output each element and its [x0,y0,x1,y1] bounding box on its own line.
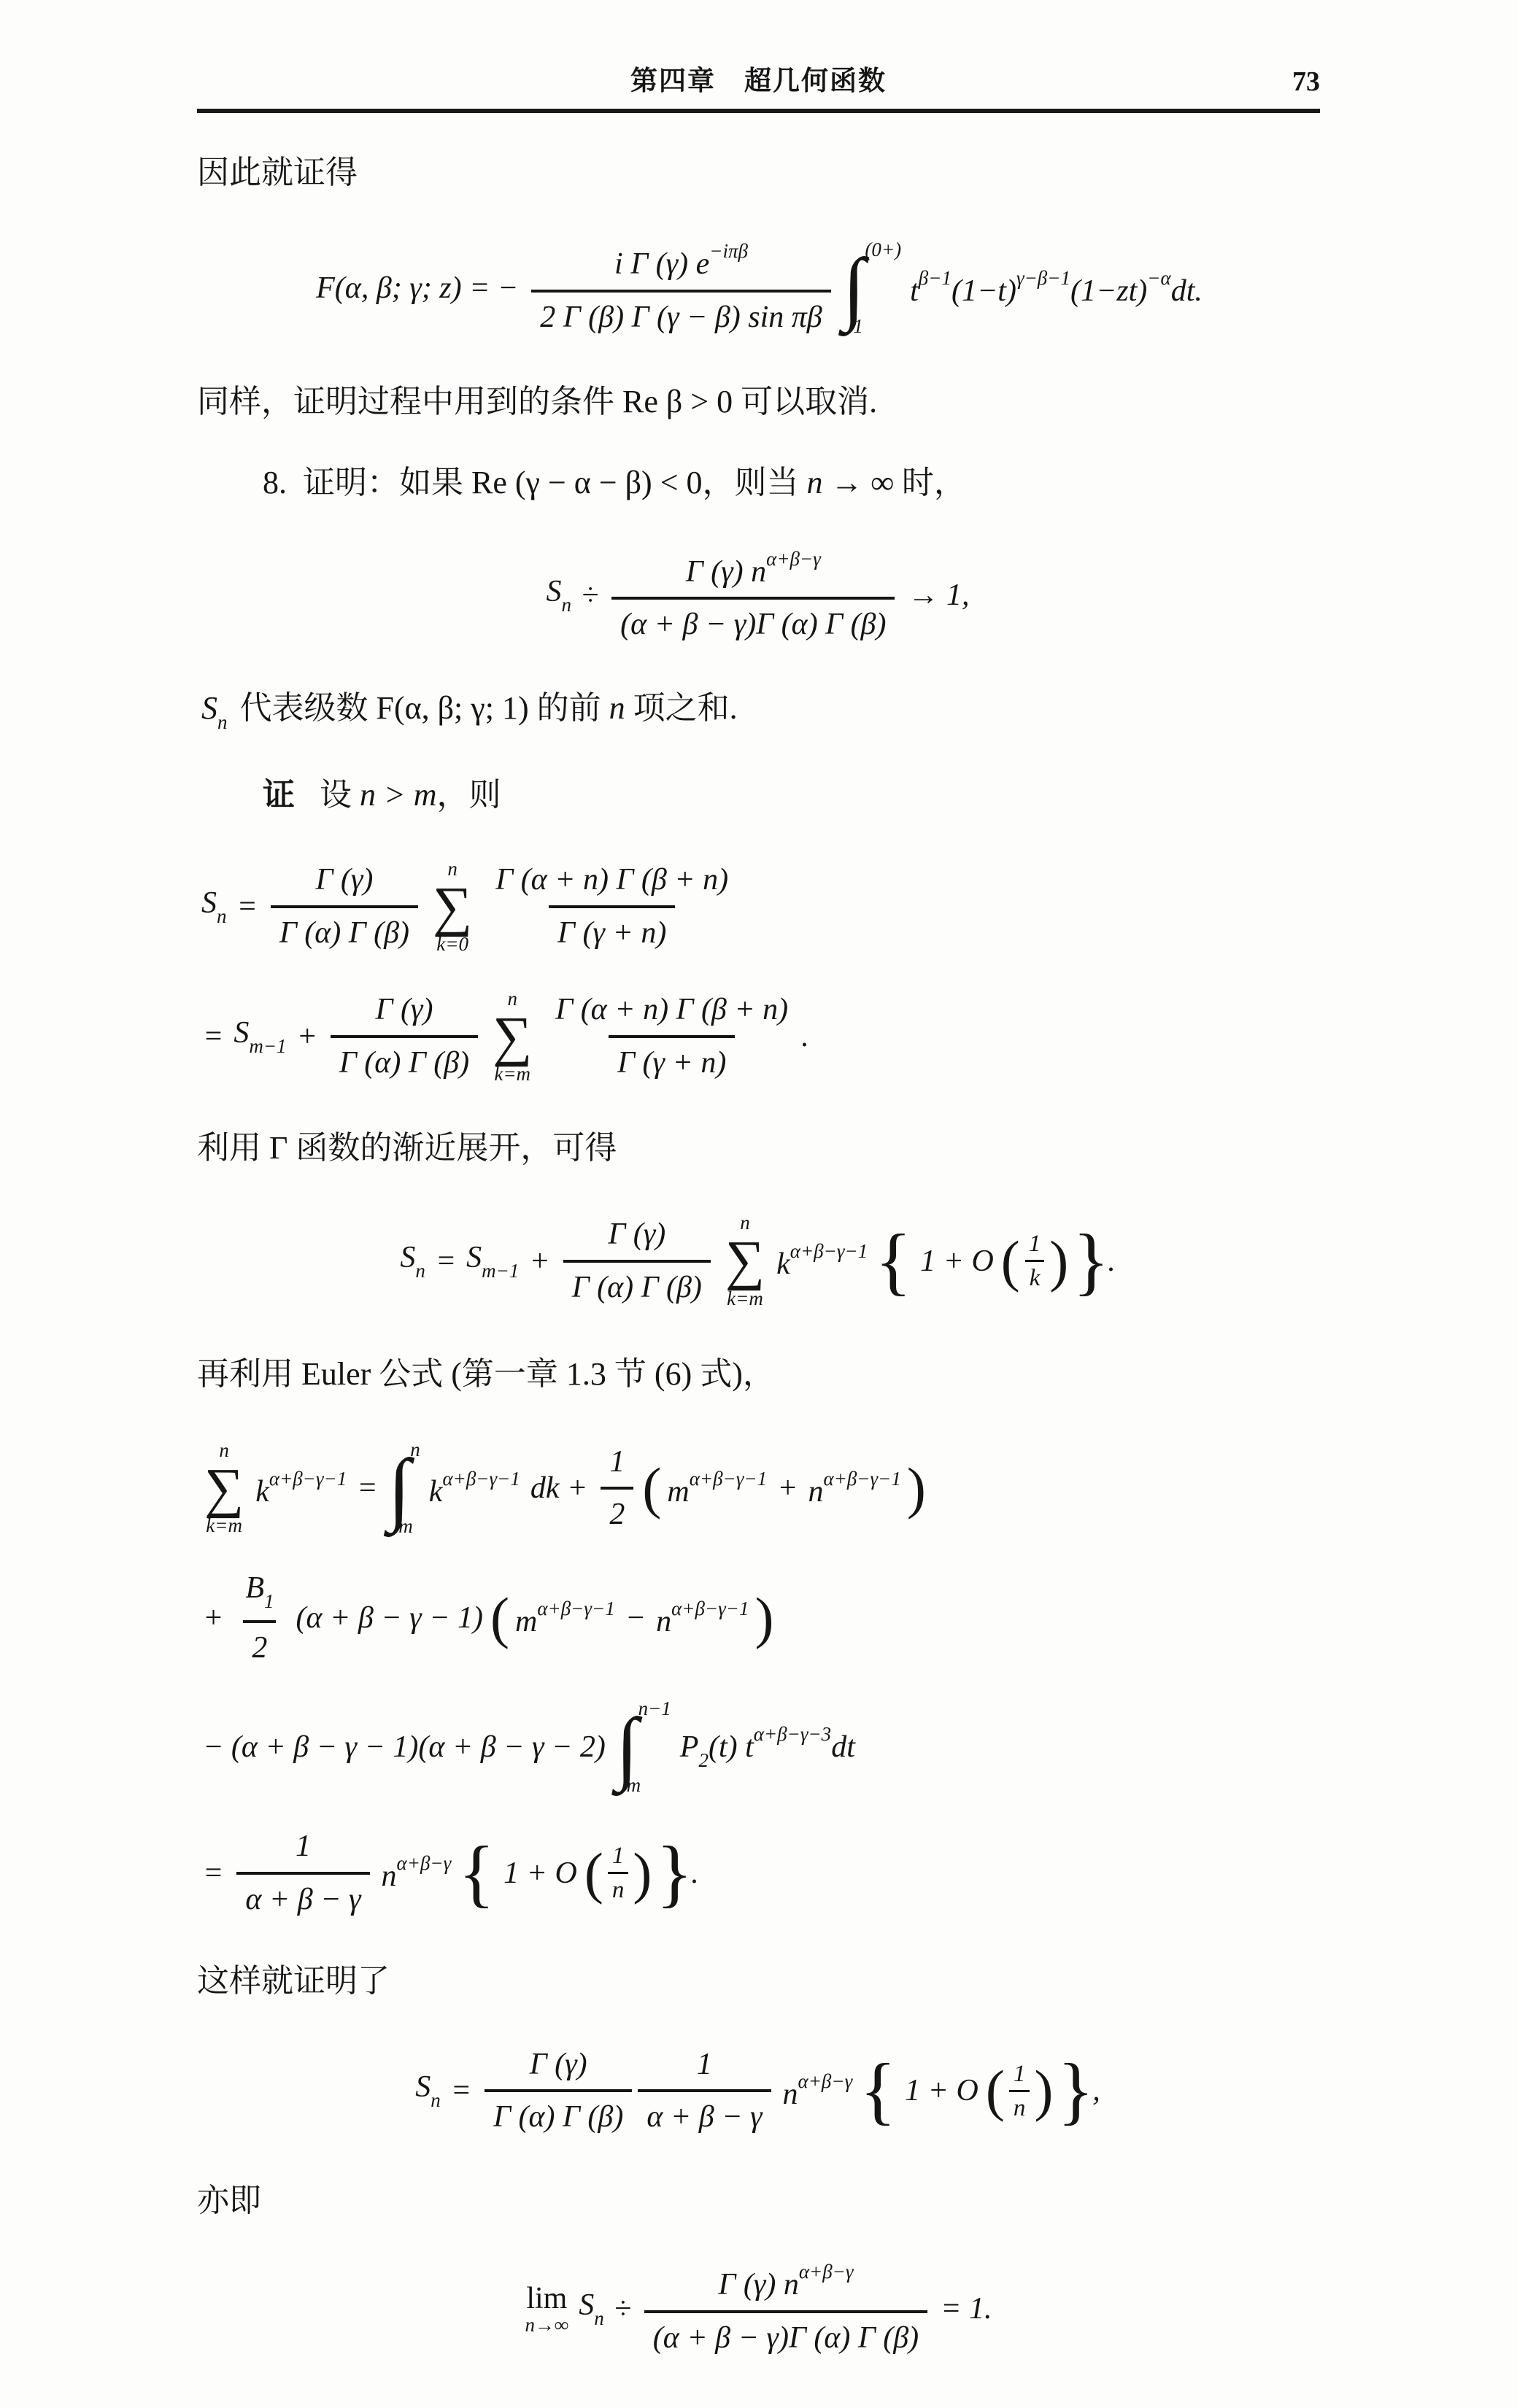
summation-icon: ∑ [204,1462,244,1514]
fraction-numerator: 1 [601,1443,633,1487]
k-power-term: kα+β−γ−1 [776,1240,868,1282]
math-subscript: n [217,711,228,733]
summation-icon: ∑ [725,1234,765,1287]
minus-sign: − [625,1600,646,1635]
fraction-numerator: Γ (γ) [367,991,442,1035]
fraction: Γ (γ) nα+β−γ (α + β − γ)Γ (α) Γ (β) [644,2260,927,2357]
math-subscript: n [431,2089,441,2111]
math-superscript: α+β−γ−3 [754,1723,831,1745]
fraction-numerator: Γ (γ) nα+β−γ [677,547,830,597]
math-token: S [201,690,217,726]
math-superscript: α+β−γ−1 [442,1468,520,1490]
order-fraction: 1 k [1024,1231,1046,1292]
integral: ∫ n m [388,1440,420,1536]
integral-limits: n−1 m [638,1699,671,1795]
math-token: n [783,2078,798,2111]
plus-sign: + [777,1471,798,1506]
math-superscript: α+β−γ [798,2070,853,2092]
limit-operator: lim n→∞ [525,2283,568,2335]
math-token: → 1, [908,578,969,613]
bernoulli-fraction: B1 2 [236,1569,282,1667]
fraction-denominator: n [608,1872,629,1903]
integral-icon: ∫ [616,1711,638,1784]
fraction-denominator: (α + β − γ)Γ (α) Γ (β) [644,2310,927,2358]
math-token: t [910,274,919,308]
equation-5-line-4: = 1 α + β − γ nα+β−γ { 1 + O ( 1 n ) } . [197,1827,705,1919]
math-token: (1−zt) [1070,274,1147,308]
math-token: S [415,2070,431,2104]
integral-upper-limit: (0+) [865,240,901,260]
math-subscript: m−1 [482,1260,519,1282]
order-fraction: 1 n [608,1843,629,1904]
sum-lower-limit: k=m [206,1514,242,1537]
math-superscript: α+β−γ−1 [269,1468,347,1490]
equation-4-asymptotic-sum: Sn = Sm−1 + Γ (γ) Γ (α) Γ (β) n ∑ k=m kα… [197,1212,1320,1309]
fraction: i Γ (γ) e−iπβ 2 Γ (β) Γ (γ − β) sin πβ [531,239,830,336]
gamma-fraction: Γ (γ) Γ (α) Γ (β) [485,2045,632,2137]
fraction-numerator: Γ (α + n) Γ (β + n) [547,991,797,1035]
math-superscript: α+β−γ−1 [690,1468,767,1490]
inline-math: n → ∞ [807,465,894,500]
fraction-numerator: 1 [608,1843,629,1872]
math-token: S [201,886,217,920]
math-token: 1 + O [905,2073,978,2108]
math-token: (1−t) [951,274,1016,308]
math-subscript: n [415,1260,425,1282]
math-token: 1 + O [503,1856,577,1891]
half-fraction: 1 2 [601,1443,633,1534]
division-sign: ÷ [582,578,598,613]
math-token: k [255,1475,269,1509]
text-run: ，则当 [703,465,807,500]
math-subscript: m−1 [249,1035,286,1057]
text-run: 代表级数 F(α, β; γ; 1) 的前 [232,690,609,726]
math-token: 1 + O [920,1244,994,1279]
fraction-denominator: k [1025,1260,1045,1291]
inline-math: n [609,690,625,726]
math-token: B [245,1571,264,1605]
period: . [1108,1244,1116,1279]
paragraph-problem-8: 8.证明：如果 Re (γ − α − β) < 0，则当 n → ∞ 时， [197,461,1320,504]
equation-5-line-1: n ∑ k=m kα+β−γ−1 = ∫ n m kα+β−γ−1 dk + 1… [197,1439,927,1537]
term-fraction: Γ (α + n) Γ (β + n) Γ (γ + n) [487,861,737,952]
fraction-numerator: Γ (γ) [306,861,382,905]
equation-6-sn-asymptotic: Sn = Γ (γ) Γ (α) Γ (β) 1 α + β − γ nα+β−… [197,2045,1320,2137]
summation-icon: ∑ [433,880,472,933]
problem-number: 8. [263,465,287,500]
math-token: n [382,1859,397,1893]
integral-limits: n m [410,1440,420,1536]
math-superscript: −iπβ [709,240,748,262]
integral-lower-limit: m [627,1776,641,1795]
fraction-denominator: (α + β − γ)Γ (α) Γ (β) [611,597,895,644]
fraction-denominator: 2 [601,1487,633,1534]
math-token: n [808,1475,823,1509]
fraction-numerator: 1 [688,2045,721,2090]
integral-upper-limit: n [410,1440,420,1460]
fraction-denominator: Γ (α) Γ (β) [485,2089,632,2137]
inline-math: Re (γ − α − β) < 0 [471,465,703,500]
summation: n ∑ k=m [725,1212,765,1309]
plus-sign: + [529,1244,549,1279]
text-run: 时， [894,465,966,500]
math-token: Γ (γ) n [718,2268,798,2301]
fraction-denominator: Γ (γ + n) [549,905,675,953]
fraction-denominator: α + β − γ [638,2089,771,2137]
k-power-term: kα+β−γ−1 [255,1468,347,1509]
equals-sign: = [203,1019,223,1054]
math-token: dk + [530,1471,587,1506]
m-power-term: mα+β−γ−1 [515,1598,615,1639]
n-power-term: nα+β−γ−1 [656,1598,749,1639]
inline-math: n > m [360,777,436,813]
math-token: S [579,2288,594,2322]
equals-sign: = [451,2073,471,2108]
equation-1-contour-integral: F(α, β; γ; z) = − i Γ (γ) e−iπβ 2 Γ (β) … [197,239,1320,336]
integral-icon: ∫ [843,251,865,325]
fraction-denominator: α + β − γ [236,1872,369,1919]
plus-sign: + [297,1019,317,1054]
paragraph-intro: 因此就证得 [197,151,1320,194]
text-run: ，则 [436,777,501,813]
math-superscript: α+β−γ−1 [537,1598,614,1619]
math-token: S [466,1241,482,1274]
equals-sign: = [436,1244,456,1279]
math-token: dt [831,1730,855,1764]
sn-term: Sn [400,1240,425,1282]
equals-sign: = [203,1856,223,1891]
sn-term: Sn [415,2070,441,2112]
m-power-term: mα+β−γ−1 [667,1468,767,1509]
text-run: 设 [320,777,360,813]
sm-term: Sm−1 [466,1240,519,1282]
summation: n ∑ k=m [493,988,532,1085]
integral: ∫ (0+) 1 [843,240,901,336]
proof-marker: 证 [263,777,295,813]
integral-lower-limit: m [398,1517,413,1536]
fraction-numerator: Γ (γ) [599,1215,674,1260]
math-token: F(α, β; γ; z) = − [316,271,518,306]
paragraph-gamma-asymptotic: 利用 Γ 函数的渐近展开，可得 [197,1126,1320,1169]
equation-3-sn-series: Sn = Γ (γ) Γ (α) Γ (β) n ∑ k=0 Γ (α + n)… [197,858,1320,1085]
integrand: P2(t) tα+β−γ−3dt [680,1723,855,1772]
gamma-fraction: Γ (γ) Γ (α) Γ (β) [563,1215,711,1306]
sum-lower-limit: k=m [494,1063,530,1085]
sum-lower-limit: k=0 [436,933,468,956]
integral-upper-limit: n−1 [638,1699,671,1719]
math-token: dt. [1171,274,1203,308]
math-superscript: α+β−γ [799,2261,854,2283]
sum-lower-limit: k=m [727,1288,763,1310]
gamma-fraction: Γ (γ) Γ (α) Γ (β) [331,991,478,1082]
math-token: Γ (γ) n [686,555,766,589]
math-superscript: β−1 [919,267,951,289]
division-sign: ÷ [614,2291,631,2326]
fraction-numerator: 1 [287,1827,320,1872]
equals-sign: = [237,889,258,924]
inline-math: Re β > 0 [622,384,733,419]
equation-5-line-3: − (α + β − γ − 1)(α + β − γ − 2) ∫ n−1 m… [197,1699,860,1795]
sm-term: Sm−1 [233,1015,286,1058]
header-rule [197,109,1320,113]
math-token: = 1. [941,2291,992,2326]
fraction-denominator: 2 [243,1620,276,1668]
paragraph-remark: 同样，证明过程中用到的条件 Re β > 0 可以取消. [197,380,1320,423]
math-superscript: α+β−γ−1 [823,1468,900,1490]
text-run: 项之和. [625,690,738,726]
math-token: S [547,575,562,608]
math-token: (t) t [709,1730,754,1764]
period: . [691,1856,699,1891]
math-token: − (α + β − γ − 1)(α + β − γ − 2) [203,1730,606,1765]
summation: n ∑ k=m [204,1439,244,1537]
math-superscript: −α [1147,267,1170,289]
coefficient-fraction: 1 α + β − γ [638,2045,771,2137]
math-superscript: γ−β−1 [1016,267,1070,289]
paragraph-proof-start: 证设 n > m，则 [197,773,1320,816]
text-run: 证明：如果 [303,465,471,500]
equals-sign: = [357,1471,377,1506]
fraction: Γ (γ) nα+β−γ (α + β − γ)Γ (α) Γ (β) [611,547,895,644]
fraction-denominator: n [1009,2090,1030,2121]
math-superscript: α+β−γ [397,1852,452,1874]
equation-3-line-1: Sn = Γ (γ) Γ (α) Γ (β) n ∑ k=0 Γ (α + n)… [197,858,744,956]
n-power-term: nα+β−γ−1 [808,1468,900,1509]
math-subscript: n [217,905,227,927]
math-superscript: α+β−γ [766,548,821,570]
fraction-denominator: Γ (α) Γ (β) [271,905,418,953]
math-token: m [515,1605,537,1638]
equation-5-euler-maclaurin: n ∑ k=m kα+β−γ−1 = ∫ n m kα+β−γ−1 dk + 1… [197,1439,1320,1919]
comma: , [1092,2073,1100,2108]
fraction-denominator: Γ (α) Γ (β) [331,1035,478,1083]
math-token: S [233,1016,249,1050]
text-run: 可以取消. [733,384,877,419]
math-subscript: 1 [264,1590,274,1612]
n-power-term: nα+β−γ [382,1852,452,1894]
math-subscript: n [562,594,572,616]
paragraph-sn-definition: Sn 代表级数 F(α, β; γ; 1) 的前 n 项之和. [197,686,1320,735]
paragraph-euler-formula: 再利用 Euler 公式 (第一章 1.3 节 (6) 式)， [197,1352,1320,1395]
sn-term: Sn [201,886,227,928]
plus-sign: + [203,1600,223,1635]
fraction-numerator: Γ (γ) [521,2045,596,2090]
page-header: 第四章 超几何函数 73 [197,67,1320,97]
equation-5-line-2: + B1 2 (α + β − γ − 1) ( mα+β−γ−1 − nα+β… [197,1569,776,1667]
lim-subscript: n→∞ [525,2315,568,2335]
math-token: m [667,1475,689,1509]
integral: ∫ n−1 m [616,1699,671,1795]
math-token: S [400,1241,415,1274]
fraction-numerator: 1 [1009,2061,1030,2090]
math-token: P [680,1730,699,1764]
text-run: 同样，证明过程中用到的条件 [197,384,622,419]
fraction-denominator: 2 Γ (β) Γ (γ − β) sin πβ [531,290,830,337]
paragraph-that-is: 亦即 [197,2179,1320,2222]
math-token: k [429,1475,443,1509]
fraction-numerator: 1 [1024,1231,1046,1260]
fraction-denominator: Γ (γ + n) [609,1035,735,1083]
order-fraction: 1 n [1009,2061,1030,2122]
fraction-numerator: Γ (α + n) Γ (β + n) [487,861,737,905]
integrand: tβ−1(1−t)γ−β−1(1−zt)−αdt. [910,267,1203,309]
period: . [801,1019,809,1054]
summation: n ∑ k=0 [433,858,472,956]
math-token: (α + β − γ − 1) [296,1600,484,1635]
integral-icon: ∫ [388,1452,411,1525]
equation-3-line-2: = Sm−1 + Γ (γ) Γ (α) Γ (β) n ∑ k=m Γ (α … [197,988,815,1085]
equation-2-limit-statement: Sn ÷ Γ (γ) nα+β−γ (α + β − γ)Γ (α) Γ (β)… [197,547,1320,644]
chapter-title: 第四章 超几何函数 [630,66,887,96]
gamma-fraction: Γ (γ) Γ (α) Γ (β) [271,861,418,952]
math-superscript: α+β−γ−1 [790,1240,868,1262]
sn-term: Sn [579,2288,604,2330]
fraction-numerator: B1 [236,1569,282,1620]
math-token: i Γ (γ) e [614,247,709,281]
math-superscript: α+β−γ−1 [671,1598,749,1619]
math-subscript: 2 [698,1749,709,1771]
math-subscript: n [594,2307,604,2329]
term-fraction: Γ (α + n) Γ (β + n) Γ (γ + n) [547,991,797,1082]
book-page: 第四章 超几何函数 73 因此就证得 F(α, β; γ; z) = − i Γ… [0,0,1517,2408]
equation-7-final-limit: lim n→∞ Sn ÷ Γ (γ) nα+β−γ (α + β − γ)Γ (… [197,2260,1320,2357]
integrand: kα+β−γ−1 [429,1468,520,1509]
lim-word: lim [526,2283,567,2315]
sn-term: Sn [547,574,572,616]
integral-lower-limit: 1 [853,317,863,336]
math-token: k [776,1247,790,1281]
fraction-numerator: i Γ (γ) e−iπβ [606,239,757,290]
fraction-denominator: Γ (α) Γ (β) [563,1260,711,1307]
summation-icon: ∑ [493,1010,532,1063]
page-number: 73 [1292,67,1320,98]
sn-term: Sn [201,690,228,726]
paragraph-thus-proved: 这样就证明了 [197,1959,1320,2002]
coefficient-fraction: 1 α + β − γ [236,1827,369,1919]
integral-limits: (0+) 1 [865,240,901,336]
n-power-term: nα+β−γ [783,2070,853,2112]
math-token: n [656,1605,671,1638]
fraction-numerator: Γ (γ) nα+β−γ [709,2260,862,2310]
